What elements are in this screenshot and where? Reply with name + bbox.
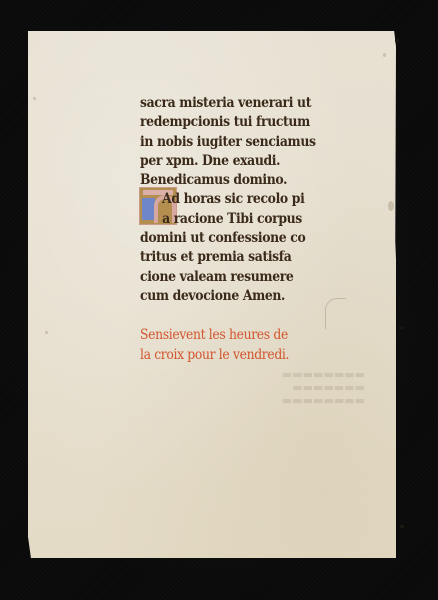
text-line: per xpm. Dne exaudi. <box>140 152 333 171</box>
parchment-spot <box>383 53 386 57</box>
text-line: tritus et premia satisfa <box>140 248 333 267</box>
rubric-line: Sensievent les heures de <box>140 326 333 345</box>
text-line: Benedicamus domino. <box>140 171 333 190</box>
text-line: sacra misteria venerari ut <box>140 94 333 113</box>
show-through-text: ▬▬▬▬▬▬▬▬▬▬▬▬▬▬▬▬▬▬▬▬▬▬▬ <box>255 368 365 407</box>
text-line: domini ut confessione co <box>140 229 333 248</box>
parchment-spot <box>388 201 394 211</box>
leaf-edge-notch <box>395 39 399 42</box>
parchment-spot <box>45 331 48 334</box>
text-line: in nobis iugiter senciamus <box>140 133 333 152</box>
leaf-edge-notch <box>399 327 403 329</box>
spacer <box>140 306 333 326</box>
leaf-edge-notch <box>400 525 404 528</box>
text-line: cione valeam resumere <box>140 268 333 287</box>
text-line: Ad horas sic recolo pi <box>140 190 333 209</box>
text-line: a racione Tibi corpus <box>140 210 333 229</box>
text-line: cum devocione Amen. <box>140 287 333 306</box>
parchment-spot <box>33 97 36 100</box>
rubric-line: la croix pour le vendredi. <box>140 346 333 365</box>
text-block: sacra misteria venerari ut redempcionis … <box>140 94 350 365</box>
text-line: redempcionis tui fructum <box>140 113 333 132</box>
